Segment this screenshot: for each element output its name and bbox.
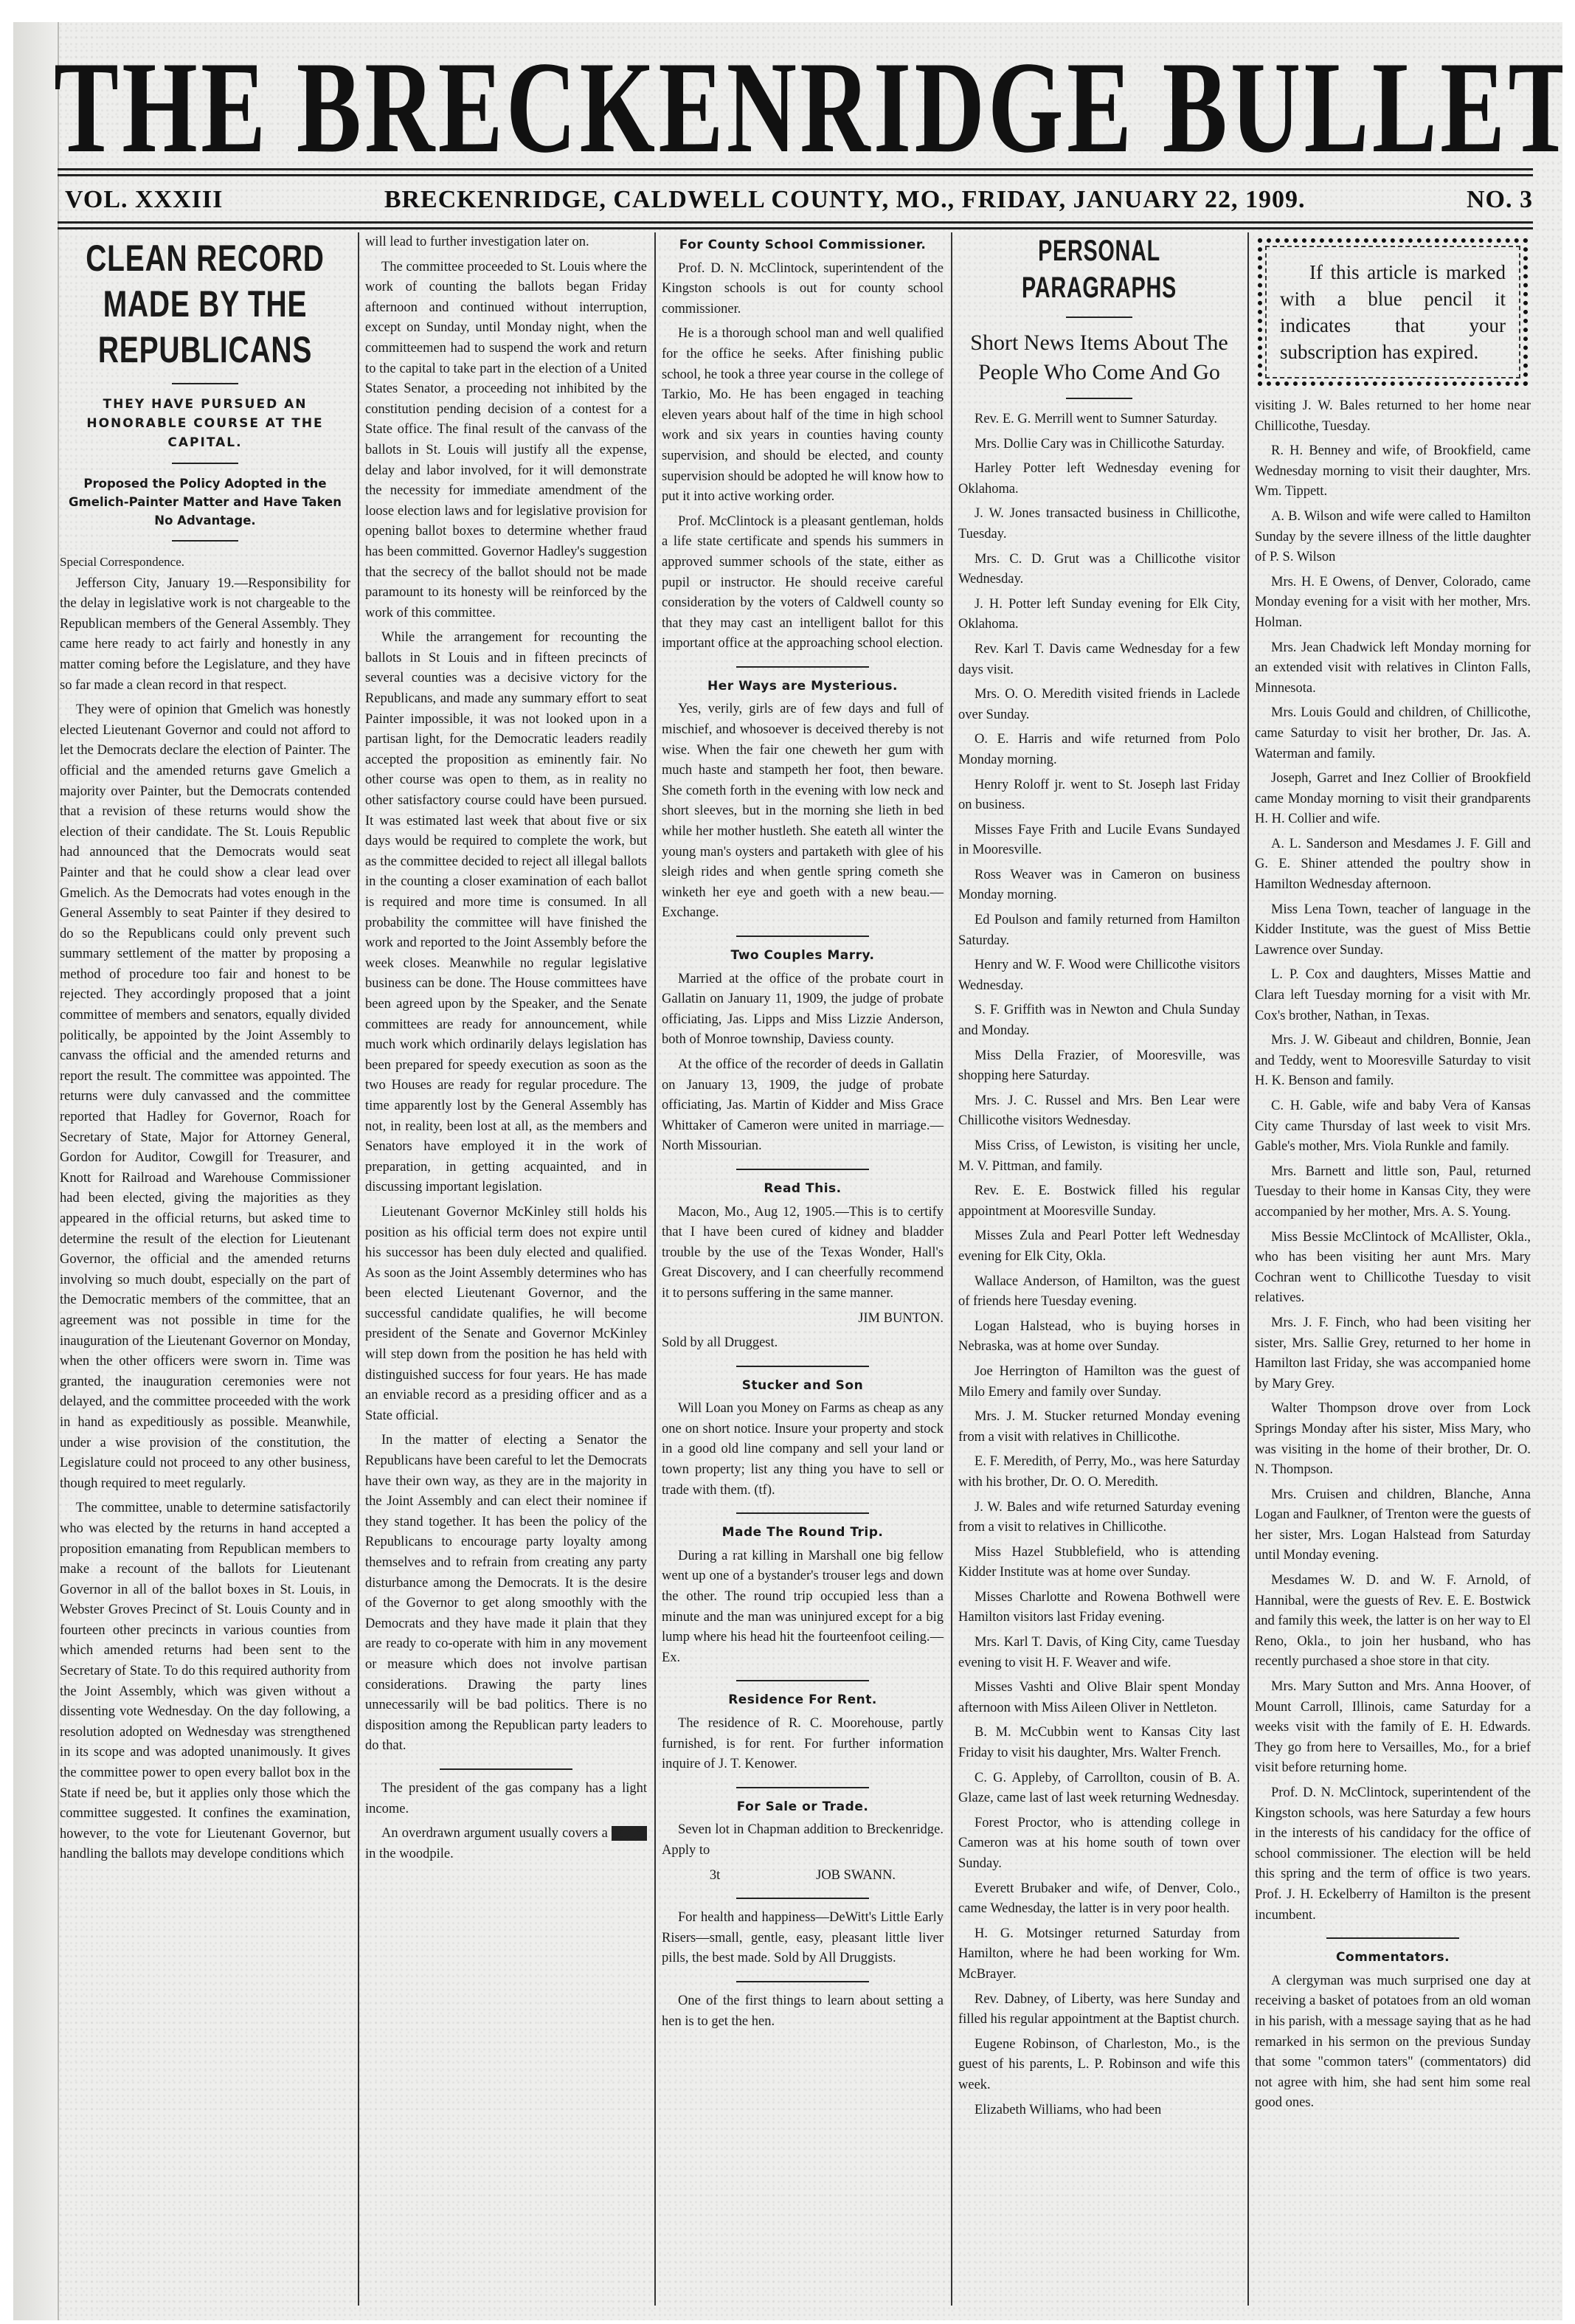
rule	[1066, 398, 1132, 399]
list-item: J. W. Jones transacted business in Chill…	[958, 504, 1240, 544]
place-date: BRECKENRIDGE, CALDWELL COUNTY, MO., FRID…	[223, 186, 1467, 214]
signature: JIM BUNTON.	[662, 1309, 944, 1329]
lead-deck-1: THEY HAVE PURSUED AN HONORABLE COURSE AT…	[60, 395, 350, 452]
lead-headline: CLEAN RECORD MADE BY THE REPUBLICANS	[75, 235, 336, 373]
paragraph: Prof. McClintock is a pleasant gentleman…	[662, 512, 944, 654]
mysterious-title: Her Ways are Mysterious.	[662, 677, 944, 697]
columns: CLEAN RECORD MADE BY THE REPUBLICANS THE…	[54, 232, 1537, 2313]
list-item: Walter Thompson drove over from Lock Spr…	[1255, 1399, 1531, 1480]
paragraph: They were of opinion that Gmelich was ho…	[60, 700, 350, 1494]
list-item: Mrs. Barnett and little son, Paul, retur…	[1255, 1162, 1531, 1223]
list-item: Miss Hazel Stubblefield, who is attendin…	[958, 1543, 1240, 1583]
list-item: J. H. Potter left Sunday evening for Elk…	[958, 595, 1240, 635]
masthead-rule-top-2	[58, 174, 1533, 176]
list-item: Mrs. J. C. Russel and Mrs. Ben Lear were…	[958, 1091, 1240, 1132]
paragraph: Will Loan you Money on Farms as cheap as…	[662, 1399, 944, 1501]
paragraph: Macon, Mo., Aug 12, 1905.—This is to cer…	[662, 1203, 944, 1304]
list-item: Misses Zula and Pearl Potter left Wednes…	[958, 1226, 1240, 1267]
paragraph: Sold by all Druggest.	[662, 1333, 944, 1354]
rule	[440, 1768, 572, 1770]
volume-number: VOL. XXXIII	[65, 186, 223, 214]
paragraph: Lieutenant Governor McKinley still holds…	[365, 1203, 647, 1427]
rule	[736, 1366, 869, 1367]
rule	[736, 1680, 869, 1681]
list-item: H. G. Motsinger returned Saturday from H…	[958, 1924, 1240, 1985]
rule	[172, 383, 238, 384]
rule	[172, 540, 238, 542]
list-item: Miss Lena Town, teacher of language in t…	[1255, 900, 1531, 961]
marry-title: Two Couples Marry.	[662, 946, 944, 966]
list-item: Harley Potter left Wednesday evening for…	[958, 459, 1240, 499]
paragraph: Married at the office of the probate cou…	[662, 969, 944, 1051]
column-lead-article: CLEAN RECORD MADE BY THE REPUBLICANS THE…	[54, 232, 356, 2306]
rule	[736, 1169, 869, 1170]
list-item: Mrs. J. F. Finch, who had been visiting …	[1255, 1313, 1531, 1394]
paragraph: He is a thorough school man and well qua…	[662, 324, 944, 507]
list-item: Henry Roloff jr. went to St. Joseph last…	[958, 775, 1240, 816]
rule	[736, 666, 869, 668]
filler-item: An overdrawn argument usually covers a […	[365, 1824, 647, 1864]
list-item: Mrs. Dollie Cary was in Chillicothe Satu…	[958, 435, 1240, 455]
list-item: Eugene Robinson, of Charleston, Mo., is …	[958, 2035, 1240, 2096]
paragraph: The residence of R. C. Moorehouse, partl…	[662, 1714, 944, 1775]
paragraph: Yes, verily, girls are of few days and f…	[662, 699, 944, 924]
paragraph: Jefferson City, January 19.—Responsibili…	[60, 574, 350, 696]
personals-subtitle: Short News Items About The People Who Co…	[958, 328, 1240, 387]
rule	[736, 1981, 869, 1982]
round-trip-title: Made The Round Trip.	[662, 1523, 944, 1543]
lead-deck-2: Proposed the Policy Adopted in the Gmeli…	[60, 474, 350, 530]
list-item: Mrs. Cruisen and children, Blanche, Anna…	[1255, 1485, 1531, 1566]
list-item: L. P. Cox and daughters, Misses Mattie a…	[1255, 965, 1531, 1026]
paragraph: During a rat killing in Marshall one big…	[662, 1546, 944, 1669]
stucker-title: Stucker and Son	[662, 1376, 944, 1397]
list-item: Joe Herrington of Hamilton was the guest…	[958, 1362, 1240, 1403]
column-5: If this article is marked with a blue pe…	[1247, 232, 1537, 2306]
filler-item: The president of the gas company has a l…	[365, 1779, 647, 1819]
paragraph: One of the first things to learn about s…	[662, 1991, 944, 2032]
paragraph: At the office of the recorder of deeds i…	[662, 1055, 944, 1157]
list-item: E. F. Meredith, of Perry, Mo., was here …	[958, 1452, 1240, 1493]
list-item: Miss Criss, of Lewiston, is visiting her…	[958, 1136, 1240, 1177]
dateline-rule	[58, 221, 1533, 224]
list-item: Wallace Anderson, of Hamilton, was the g…	[958, 1272, 1240, 1313]
school-commissioner-title: For County School Commissioner.	[662, 235, 944, 256]
paragraph: The committee proceeded to St. Louis whe…	[365, 257, 647, 624]
list-item: Ross Weaver was in Cameron on business M…	[958, 865, 1240, 906]
read-this-title: Read This.	[662, 1179, 944, 1200]
list-item: R. H. Benney and wife, of Brookfield, ca…	[1255, 441, 1531, 502]
list-item: Rev. E. E. Bostwick filled his regular a…	[958, 1181, 1240, 1222]
list-item: Elizabeth Williams, who had been	[958, 2100, 1240, 2121]
list-item: Mrs. Karl T. Davis, of King City, came T…	[958, 1633, 1240, 1673]
list-item: Mrs. J. M. Stucker returned Monday eveni…	[958, 1407, 1240, 1448]
list-item: Ed Poulson and family returned from Hami…	[958, 910, 1240, 951]
list-item: Mrs. Jean Chadwick left Monday morning f…	[1255, 638, 1531, 699]
list-item: Mrs. H. E Owens, of Denver, Colorado, ca…	[1255, 573, 1531, 634]
rule	[1066, 317, 1132, 318]
list-item: Mrs. Mary Sutton and Mrs. Anna Hoover, o…	[1255, 1677, 1531, 1779]
rent-title: Residence For Rent.	[662, 1690, 944, 1711]
dateline: VOL. XXXIII BRECKENRIDGE, CALDWELL COUNT…	[65, 183, 1533, 217]
paragraph: Seven lot in Chapman addition to Brecken…	[662, 1820, 944, 1861]
list-item: visiting J. W. Bales returned to her hom…	[1255, 396, 1531, 437]
subscription-notice: If this article is marked with a blue pe…	[1258, 238, 1528, 386]
list-item: C. H. Gable, wife and baby Vera of Kansa…	[1255, 1096, 1531, 1158]
paragraph: While the arrangement for recounting the…	[365, 628, 647, 1198]
personals-title: PERSONAL PARAGRAPHS	[977, 232, 1222, 306]
paragraph: will lead to further investigation later…	[365, 232, 647, 253]
list-item: Misses Charlotte and Rowena Bothwell wer…	[958, 1588, 1240, 1628]
commentators-title: Commentators.	[1255, 1948, 1531, 1968]
list-item: A. B. Wilson and wife were called to Ham…	[1255, 507, 1531, 568]
rule	[736, 1512, 869, 1514]
list-item: S. F. Griffith was in Newton and Chula S…	[958, 1000, 1240, 1041]
rule	[736, 936, 869, 937]
paragraph: The committee, unable to determine satis…	[60, 1498, 350, 1865]
list-item: Miss Bessie McClintock of McAllister, Ok…	[1255, 1228, 1531, 1309]
rule	[1326, 1937, 1459, 1939]
list-item: A. L. Sanderson and Mesdames J. F. Gill …	[1255, 834, 1531, 896]
paragraph: Prof. D. N. McClintock, superintendent o…	[662, 259, 944, 320]
column-personals: PERSONAL PARAGRAPHS Short News Items Abo…	[951, 232, 1246, 2306]
list-item: Henry and W. F. Wood were Chillicothe vi…	[958, 955, 1240, 996]
paragraph: In the matter of electing a Senator the …	[365, 1431, 647, 1757]
paragraph: For health and happiness—DeWitt's Little…	[662, 1908, 944, 1969]
list-item: C. G. Appleby, of Carrollton, cousin of …	[958, 1768, 1240, 1809]
torn-edge	[13, 22, 59, 2320]
newspaper-page: THE BRECKENRIDGE BULLETIN. VOL. XXXIII B…	[13, 22, 1562, 2320]
list-item: Miss Della Frazier, of Mooresville, was …	[958, 1046, 1240, 1087]
list-item: Logan Halstead, who is buying horses in …	[958, 1317, 1240, 1358]
list-item: O. E. Harris and wife returned from Polo…	[958, 730, 1240, 770]
list-item: Mrs. O. O. Meredith visited friends in L…	[958, 685, 1240, 725]
personals-continued-list: visiting J. W. Bales returned to her hom…	[1255, 396, 1531, 1926]
masthead-title: THE BRECKENRIDGE BULLETIN.	[54, 37, 1151, 177]
rule	[172, 463, 238, 464]
redacted-text: [slur]	[612, 1826, 647, 1841]
list-item: Mesdames W. D. and W. F. Arnold, of Hann…	[1255, 1571, 1531, 1673]
list-item: B. M. McCubbin went to Kansas City last …	[958, 1723, 1240, 1763]
list-item: Mrs. J. W. Gibeaut and children, Bonnie,…	[1255, 1031, 1531, 1092]
list-item: Joseph, Garret and Inez Collier of Brook…	[1255, 769, 1531, 830]
column-2: will lead to further investigation later…	[358, 232, 653, 2306]
list-item: Forest Proctor, who is attending college…	[958, 1813, 1240, 1875]
sale-signature-line: 3tJOB SWANN.	[662, 1866, 944, 1886]
dateline-rule-2	[58, 227, 1533, 229]
personals-list: Rev. E. G. Merrill went to Sumner Saturd…	[958, 409, 1240, 2120]
rule	[736, 1787, 869, 1788]
list-item: Misses Vashti and Olive Blair spent Mond…	[958, 1678, 1240, 1718]
paragraph: A clergyman was much surprised one day a…	[1255, 1971, 1531, 2114]
list-item: Rev. E. G. Merrill went to Sumner Saturd…	[958, 409, 1240, 430]
column-3: For County School Commissioner. Prof. D.…	[654, 232, 949, 2306]
list-item: Everett Brubaker and wife, of Denver, Co…	[958, 1879, 1240, 1920]
rule	[736, 1898, 869, 1899]
masthead-rule-top	[58, 168, 1533, 170]
list-item: Mrs. Louis Gould and children, of Chilli…	[1255, 703, 1531, 764]
list-item: Mrs. C. D. Grut was a Chillicothe visito…	[958, 550, 1240, 590]
byline: Special Correspondence.	[60, 552, 350, 573]
list-item: Prof. D. N. McClintock, superintendent o…	[1255, 1783, 1531, 1926]
list-item: Rev. Dabney, of Liberty, was here Sunday…	[958, 1990, 1240, 2030]
list-item: Misses Faye Frith and Lucile Evans Sunda…	[958, 820, 1240, 861]
list-item: Rev. Karl T. Davis came Wednesday for a …	[958, 640, 1240, 680]
list-item: J. W. Bales and wife returned Saturday e…	[958, 1498, 1240, 1538]
issue-number: NO. 3	[1467, 186, 1533, 214]
sale-title: For Sale or Trade.	[662, 1797, 944, 1818]
